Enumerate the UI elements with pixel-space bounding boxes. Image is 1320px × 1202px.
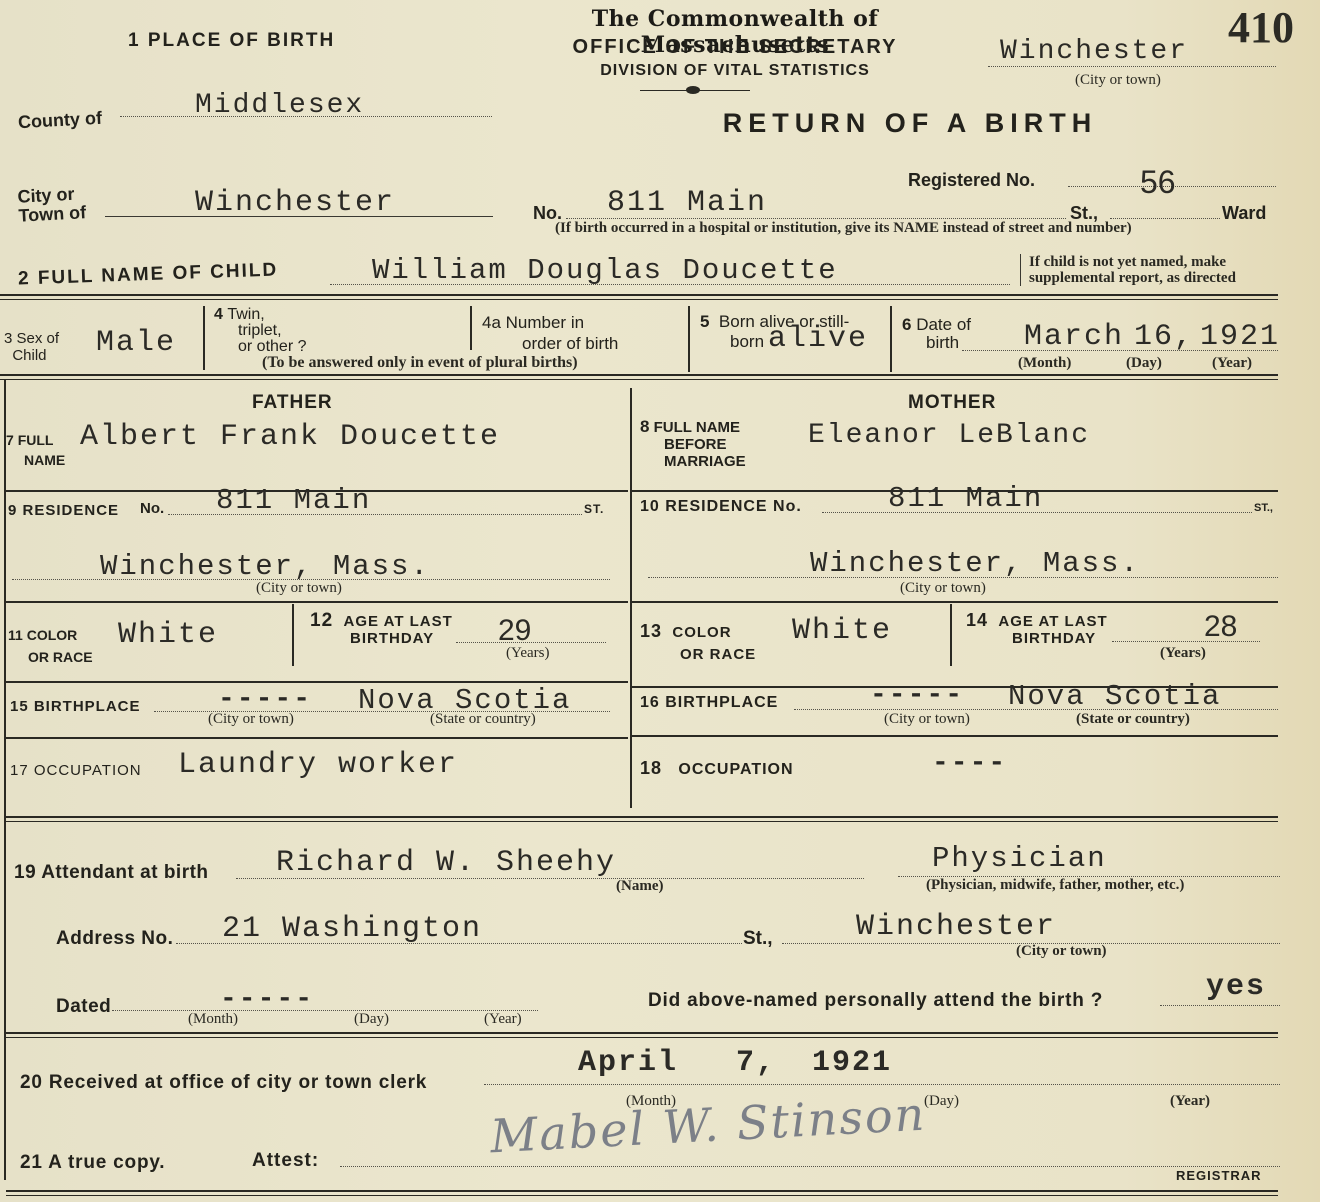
mother-bp-state-caption: (State or country) <box>1076 711 1190 728</box>
divider-line <box>6 1190 1278 1196</box>
father-color-label: 11 COLOR OR RACE <box>8 624 93 668</box>
father-name-label: 7 FULL NAME <box>6 430 65 470</box>
sex-label: 3 Sex of Child <box>4 330 59 364</box>
dob-day: 16, <box>1134 320 1194 354</box>
father-no-label: No. <box>140 500 164 517</box>
mother-occupation-value: ---- <box>932 748 1007 779</box>
divider-line <box>6 601 628 603</box>
divider-line <box>0 374 1278 380</box>
registered-value: 56 <box>1140 164 1176 201</box>
father-bp-city-caption: (City or town) <box>208 711 294 728</box>
divider-line <box>6 816 1278 822</box>
father-city-caption: (City or town) <box>256 580 342 597</box>
mother-st-label: ST., <box>1254 502 1273 514</box>
father-street-value: 811 Main <box>216 484 371 517</box>
city-label: City or Town of <box>17 184 87 225</box>
division-title: DIVISION OF VITAL STATISTICS <box>505 62 965 80</box>
father-name-value: Albert Frank Doucette <box>80 420 500 454</box>
mother-bp-city-caption: (City or town) <box>884 711 970 728</box>
divider-line <box>632 601 1278 603</box>
attended-value: yes <box>1206 970 1266 1004</box>
father-occupation-value: Laundry worker <box>178 748 458 782</box>
place-of-birth-heading: 1 PLACE OF BIRTH <box>128 30 335 52</box>
address-st-label: St., <box>743 928 773 950</box>
dob-label: 6 Date of birth <box>902 316 971 352</box>
mother-occupation-label: 18 OCCUPATION <box>640 758 794 779</box>
parents-divider <box>630 388 632 808</box>
column-divider <box>950 604 952 666</box>
order-label: 4a Number in order of birth <box>482 312 618 354</box>
mother-city-value: Winchester, Mass. <box>810 547 1140 580</box>
child-name-value: William Douglas Doucette <box>372 254 838 287</box>
return-of-birth-title: RETURN OF A BIRTH <box>640 108 1180 139</box>
address-label: Address No. <box>56 928 173 950</box>
father-color-value: White <box>118 618 218 652</box>
mother-age-label: 14 AGE AT LAST BIRTHDAY <box>966 612 1108 647</box>
received-day: 7, <box>736 1046 776 1080</box>
dob-year-caption: (Year) <box>1212 355 1252 372</box>
county-label: County of <box>18 108 103 133</box>
twin-label: 4 Twin, triplet, or other ? <box>214 307 306 355</box>
divider-line <box>6 681 628 683</box>
mother-birthplace-label: 16 BIRTHPLACE <box>640 694 778 712</box>
received-year: 1921 <box>812 1046 892 1080</box>
divider-line <box>6 737 628 739</box>
dob-day-caption: (Day) <box>1126 355 1162 372</box>
hospital-note: (If birth occurred in a hospital or inst… <box>555 220 1132 237</box>
dob-month: March <box>1024 320 1124 354</box>
header-city-caption: (City or town) <box>1075 72 1161 89</box>
divider-line <box>0 294 1278 300</box>
mother-birthplace-state: Nova Scotia <box>1008 680 1221 713</box>
plural-note: (To be answered only in event of plural … <box>262 354 578 372</box>
dob-year: 1921 <box>1200 320 1280 354</box>
father-age-value: 29 <box>498 614 531 648</box>
mother-street-value: 811 Main <box>888 482 1043 515</box>
dated-label: Dated <box>56 996 111 1018</box>
birth-certificate-document: 1 PLACE OF BIRTH The Commonwealth of Mas… <box>0 0 1320 1202</box>
father-st-label: ST. <box>584 502 604 516</box>
ward-label: Ward <box>1222 203 1266 224</box>
street-value: 811 Main <box>607 186 767 220</box>
mother-city-caption: (City or town) <box>900 580 986 597</box>
city-value: Winchester <box>195 186 395 220</box>
received-day-caption: (Day) <box>924 1093 959 1110</box>
address-city-caption: (City or town) <box>1016 943 1107 960</box>
father-years-caption: (Years) <box>506 645 549 662</box>
mother-name-value: Eleanor LeBlanc <box>808 420 1090 451</box>
attendant-name-caption: (Name) <box>616 878 663 895</box>
dated-month-caption: (Month) <box>188 1011 238 1028</box>
dated-line <box>112 1010 538 1011</box>
mother-color-label: 13 COLOR OR RACE <box>640 620 756 666</box>
mother-color-value: White <box>792 614 892 648</box>
dated-year-caption: (Year) <box>484 1011 522 1028</box>
born-value: alive <box>768 322 868 356</box>
attest-label: Attest: <box>252 1150 319 1172</box>
column-divider <box>203 306 205 370</box>
header-city-line <box>988 66 1276 67</box>
column-divider <box>292 604 294 666</box>
attendant-name-value: Richard W. Sheehy <box>276 846 616 880</box>
address-city-value: Winchester <box>856 910 1056 944</box>
father-age-label: 12 AGE AT LAST BIRTHDAY <box>310 612 453 647</box>
mother-birthplace-city: ----- <box>870 680 964 711</box>
registered-label: Registered No. <box>908 170 1035 191</box>
true-copy-label: 21 A true copy. <box>20 1152 165 1174</box>
attended-question: Did above-named personally attend the bi… <box>648 990 1103 1012</box>
mother-residence-label: 10 RESIDENCE No. <box>640 498 802 516</box>
column-divider <box>688 306 690 372</box>
county-value: Middlesex <box>195 90 364 121</box>
mother-heading: MOTHER <box>908 392 996 414</box>
mother-age-line <box>1112 641 1260 642</box>
received-label: 20 Received at office of city or town cl… <box>20 1072 427 1094</box>
attended-line <box>1160 1005 1280 1006</box>
father-occupation-label: 17 OCCUPATION <box>10 762 142 779</box>
divider-line <box>6 1032 1278 1038</box>
child-name-note: If child is not yet named, make suppleme… <box>1020 254 1236 286</box>
dob-month-caption: (Month) <box>1018 355 1071 372</box>
page-number: 410 <box>1228 2 1294 53</box>
received-month: April <box>578 1046 678 1080</box>
attendant-role-value: Physician <box>932 842 1107 875</box>
attest-line <box>340 1166 1280 1167</box>
divider-line <box>632 735 1278 737</box>
address-value: 21 Washington <box>222 912 482 946</box>
father-heading: FATHER <box>252 392 333 414</box>
mother-name-label: 8 FULL NAME BEFORE MARRIAGE <box>640 418 746 470</box>
attendant-role-caption: (Physician, midwife, father, mother, etc… <box>926 877 1184 894</box>
column-divider <box>470 306 472 350</box>
ornament-icon <box>686 86 700 94</box>
registrar-label: REGISTRAR <box>1176 1168 1262 1183</box>
received-line <box>484 1084 1280 1085</box>
header-city-value: Winchester <box>1000 36 1188 67</box>
column-divider <box>890 306 892 372</box>
father-bp-state-caption: (State or country) <box>430 711 536 728</box>
father-residence-label: 9 RESIDENCE <box>8 502 119 519</box>
mother-years-caption: (Years) <box>1160 645 1206 662</box>
dated-day-caption: (Day) <box>354 1011 389 1028</box>
received-year-caption: (Year) <box>1170 1093 1210 1110</box>
father-city-value: Winchester, Mass. <box>100 550 430 583</box>
left-border <box>4 380 6 1180</box>
registrar-signature: Mabel W. Stinson <box>489 1087 928 1164</box>
child-name-label: 2 FULL NAME OF CHILD <box>18 259 279 290</box>
sex-value: Male <box>96 326 176 360</box>
mother-age-value: 28 <box>1204 610 1237 644</box>
ward-line <box>1110 218 1220 219</box>
father-birthplace-label: 15 BIRTHPLACE <box>10 698 141 715</box>
attendant-label: 19 Attendant at birth <box>14 862 209 884</box>
office-title: OFFICE OF THE SECRETARY <box>505 36 965 59</box>
